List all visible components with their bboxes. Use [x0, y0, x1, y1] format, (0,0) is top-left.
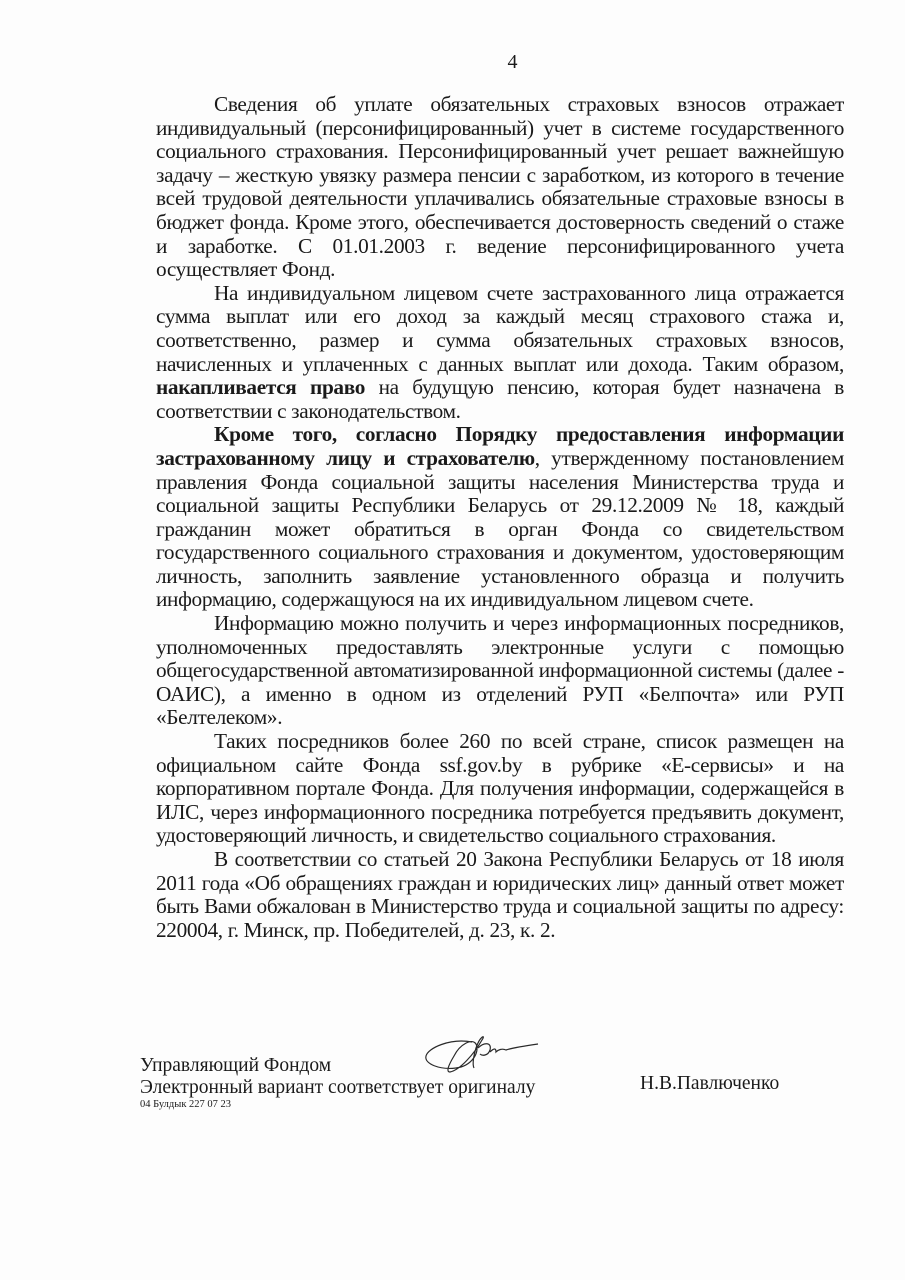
signatory-title: Управляющий Фондом [140, 1055, 535, 1077]
document-page: 4 Сведения об уплате обязательных страхо… [0, 0, 905, 1280]
text-segment: На индивидуальном лицевом счете застрахо… [156, 281, 844, 376]
signatory-name: Н.В.Павлюченко [640, 1073, 779, 1095]
page-number: 4 [60, 52, 905, 72]
paragraph-personified-accounting: Сведения об уплате обязательных страховы… [156, 93, 844, 282]
executor-phone: 04 Булдык 227 07 23 [140, 1099, 535, 1111]
signature-block: Управляющий Фондом Электронный вариант с… [140, 1055, 535, 1111]
text-segment: Информацию можно получить и через информ… [156, 611, 844, 729]
electronic-copy-note: Электронный вариант соответствует оригин… [140, 1077, 535, 1099]
text-segment: , утвержденному постановлением правления… [156, 446, 844, 612]
document-body: Сведения об уплате обязательных страховы… [156, 93, 844, 942]
paragraph-intermediaries-count: Таких посредников более 260 по всей стра… [156, 730, 844, 848]
text-segment: В соответствии со статьей 20 Закона Респ… [156, 847, 844, 942]
paragraph-individual-account: На индивидуальном лицевом счете застрахо… [156, 282, 844, 424]
paragraph-appeal: В соответствии со статьей 20 Закона Респ… [156, 848, 844, 942]
paragraph-intermediaries: Информацию можно получить и через информ… [156, 612, 844, 730]
text-segment: Таких посредников более 260 по всей стра… [156, 729, 844, 847]
text-segment: Сведения об уплате обязательных страховы… [156, 92, 844, 281]
bold-text-segment: накапливается право [156, 375, 365, 399]
paragraph-information-procedure: Кроме того, согласно Порядку предоставле… [156, 423, 844, 612]
